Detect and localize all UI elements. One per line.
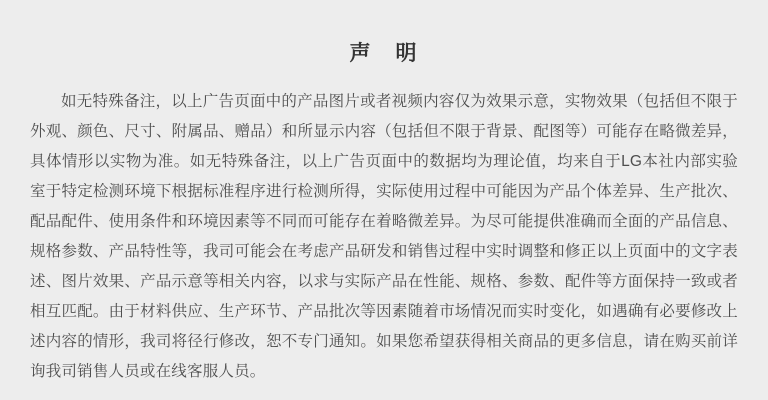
disclaimer-page: 声 明 如无特殊备注，以上广告页面中的产品图片或者视频内容仅为效果示意，实物效果…	[0, 0, 768, 400]
statement-body-text: 如无特殊备注，以上广告页面中的产品图片或者视频内容仅为效果示意，实物效果（包括但…	[30, 87, 738, 387]
statement-title: 声 明	[0, 0, 768, 67]
